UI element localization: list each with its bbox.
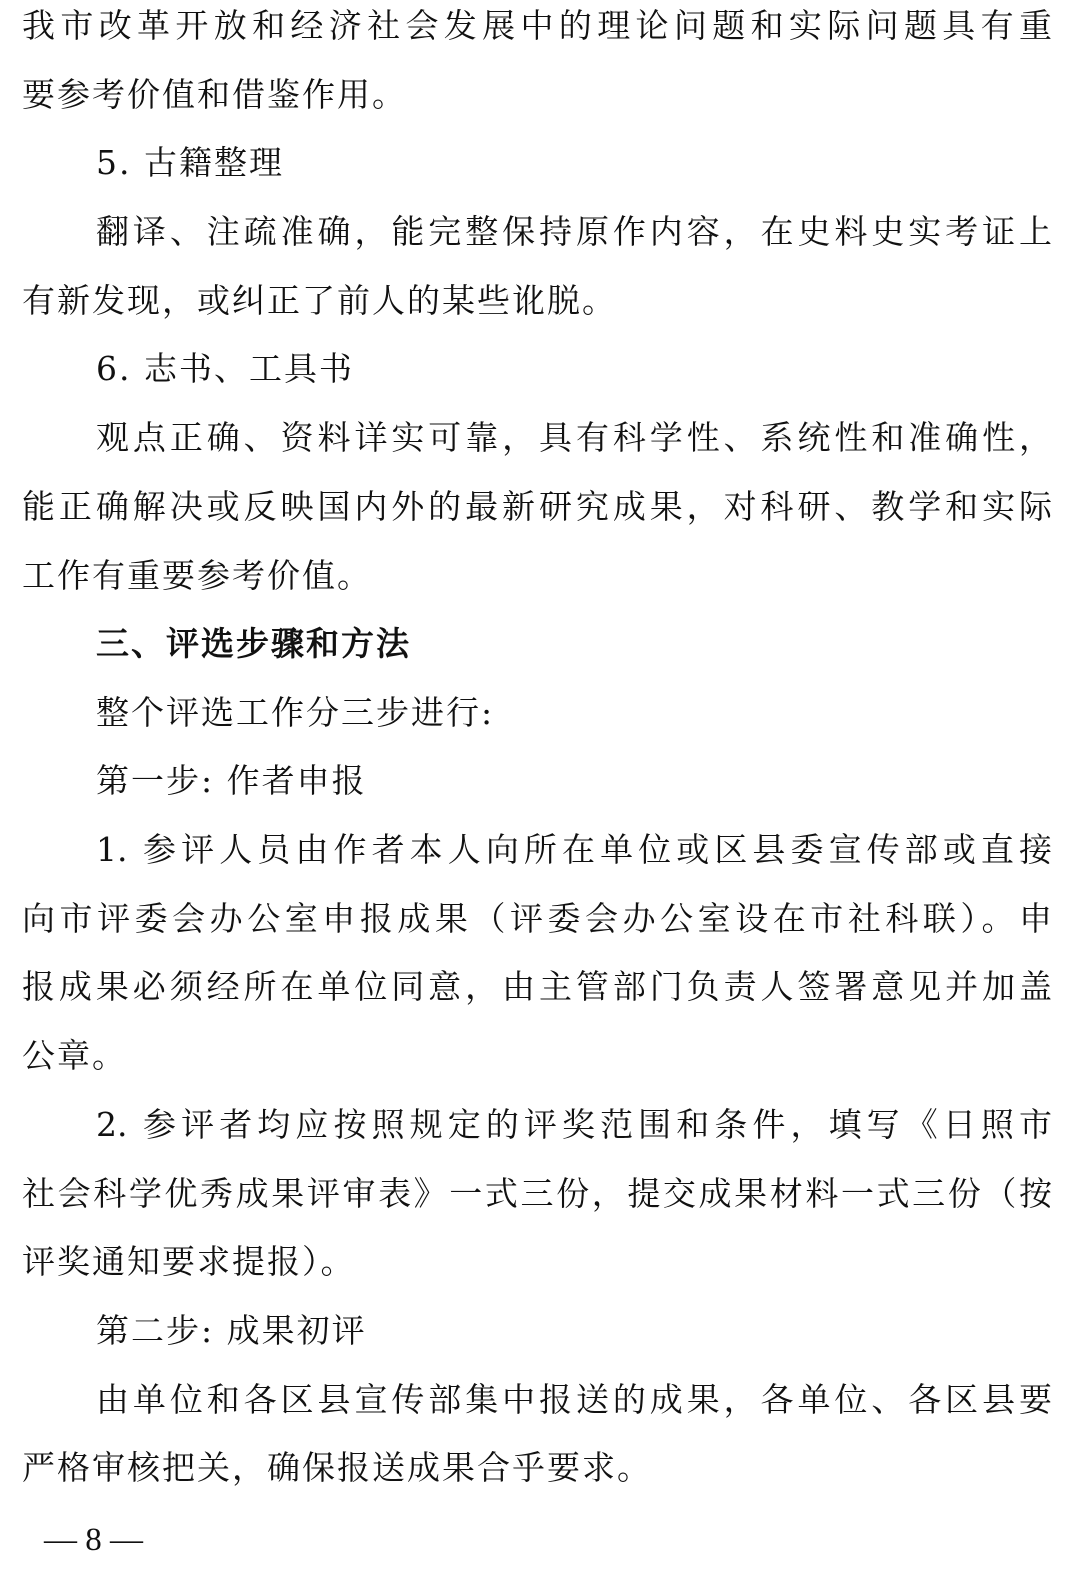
step-heading-preliminary-review: 第二步: 成果初评 (96, 1311, 1052, 1351)
paragraph-line: 报成果必须经所在单位同意，由主管部门负责人签署意见并加盖 (22, 967, 1052, 1007)
section-heading-ancient-books: 5. 古籍整理 (96, 143, 1052, 183)
paragraph-line: 向市评委会办公室申报成果（评委会办公室设在市社科联）。申 (22, 899, 1052, 939)
paragraph-line: 工作有重要参考价值。 (22, 556, 1052, 596)
paragraph-line: 有新发现，或纠正了前人的某些讹脱。 (22, 281, 1052, 321)
paragraph-line: 要参考价值和借鉴作用。 (22, 75, 1052, 115)
step-heading-author-application: 第一步: 作者申报 (96, 761, 1052, 801)
paragraph-line: 由单位和各区县宣传部集中报送的成果，各单位、各区县要 (96, 1380, 1052, 1420)
page-number: — 8 — (44, 1520, 143, 1560)
paragraph-line: 能正确解决或反映国内外的最新研究成果，对科研、教学和实际 (22, 487, 1052, 527)
paragraph-line: 观点正确、资料详实可靠，具有科学性、系统性和准确性， (96, 418, 1052, 458)
paragraph-line: 翻译、注疏准确，能完整保持原作内容，在史料史实考证上 (96, 212, 1052, 252)
paragraph-line: 严格审核把关，确保报送成果合乎要求。 (22, 1448, 1052, 1488)
paragraph-line: 1. 参评人员由作者本人向所在单位或区县委宣传部或直接 (96, 830, 1052, 870)
paragraph-line: 我市改革开放和经济社会发展中的理论问题和实际问题具有重 (22, 6, 1052, 46)
paragraph-line: 2. 参评者均应按照规定的评奖范围和条件，填写《日照市 (96, 1105, 1052, 1145)
paragraph-line: 整个评选工作分三步进行: (96, 693, 1052, 733)
paragraph-line: 公章。 (22, 1036, 1052, 1076)
section-heading-gazetteers: 6. 志书、工具书 (96, 349, 1052, 389)
paragraph-line: 社会科学优秀成果评审表》一式三份，提交成果材料一式三份（按 (22, 1174, 1052, 1214)
paragraph-line: 评奖通知要求提报）。 (22, 1242, 1052, 1282)
section-heading-selection-steps: 三、评选步骤和方法 (96, 624, 1052, 664)
